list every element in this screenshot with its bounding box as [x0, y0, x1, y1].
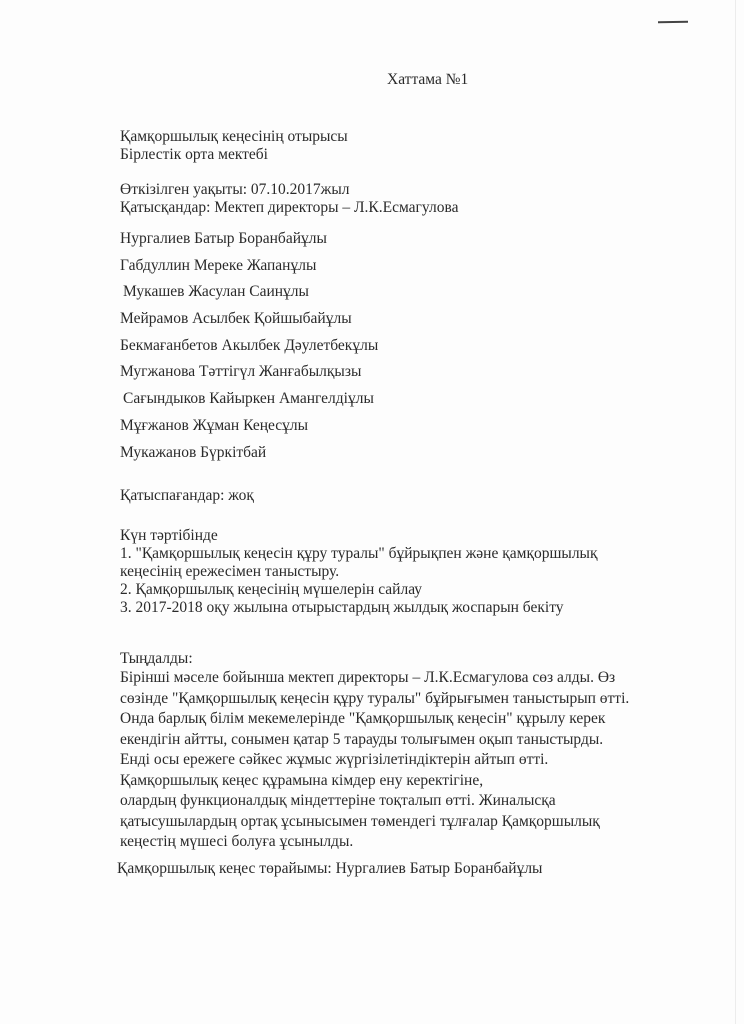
participant: Нургалиев Батыр Боранбайұлы — [120, 230, 378, 257]
document-title: Хаттама №1 — [387, 71, 468, 89]
absent-note: Қатыспағандар: жоқ — [120, 487, 254, 505]
scan-mark — [658, 21, 688, 24]
participant: Мугжанова Тәттігүл Жанғабылқызы — [120, 363, 378, 390]
heard-section: Тыңдалды: Бірінші мәселе бойынша мектеп … — [120, 650, 629, 853]
heard-heading: Тыңдалды: — [120, 650, 629, 668]
participant: Бекмағанбетов Акылбек Дәулетбекұлы — [120, 337, 378, 364]
header-line-school: Бірлестік орта мектебі — [120, 146, 348, 164]
paragraph-line: Онда барлық білім мекемелерінде "Қамқорш… — [120, 709, 629, 730]
participant: Габдуллин Мереке Жапанұлы — [120, 257, 378, 284]
participant: Мукажанов Бүркітбай — [120, 444, 378, 471]
participant: Мейрамов Асылбек Қойшыбайұлы — [120, 310, 378, 337]
scanned-document-page: Хаттама №1 Қамқоршылық кеңесінің отырысы… — [0, 0, 744, 1024]
paragraph-line: қатысушылардың ортақ ұсынысымен төмендег… — [120, 812, 629, 833]
header-line-meeting: Қамқоршылық кеңесінің отырысы — [120, 128, 348, 146]
paragraph-line: Қамқоршылық кеңес құрамына кімдер ену ке… — [120, 771, 629, 792]
participant: Мұғжанов Жұман Кеңесұлы — [120, 417, 378, 444]
agenda-item: 3. 2017-2018 оқу жылына отырыстардың жыл… — [120, 599, 598, 617]
participants-list: Нургалиев Батыр Боранбайұлы Габдуллин Ме… — [120, 230, 378, 470]
participants-label: Қатысқандар: Мектеп директоры – Л.К.Есма… — [120, 199, 458, 217]
meeting-meta: Өткізілген уақыты: 07.10.2017жыл Қатысқа… — [120, 181, 458, 217]
agenda-heading: Күн тәртібінде — [120, 527, 598, 545]
paragraph-line: Бірінші мәселе бойынша мектеп директоры … — [120, 668, 629, 689]
paragraph-line: сөзінде "Қамқоршылық кеңесін құру туралы… — [120, 689, 629, 710]
heard-paragraph: Бірінші мәселе бойынша мектеп директоры … — [120, 668, 629, 853]
paragraph-line: кеңестің мүшесі болуға ұсынылды. — [120, 832, 629, 853]
participant: Сағындыков Кайыркен Амангелдіұлы — [120, 390, 378, 417]
paragraph-line: екендігін айтты, сонымен қатар 5 тарауды… — [120, 730, 629, 751]
council-chair: Қамқоршылық кеңес төрайымы: Нургалиев Ба… — [117, 860, 542, 878]
agenda-section: Күн тәртібінде 1. "Қамқоршылық кеңесін қ… — [120, 527, 598, 617]
scan-edge-line — [735, 0, 736, 1024]
participant: Мукашев Жасулан Саинұлы — [120, 283, 378, 310]
paragraph-line: олардың функционалдық міндеттеріне тоқта… — [120, 791, 629, 812]
agenda-item: кеңесінің ережесімен таныстыру. — [120, 563, 598, 581]
held-date: Өткізілген уақыты: 07.10.2017жыл — [120, 181, 458, 199]
agenda-item: 1. "Қамқоршылық кеңесін құру туралы" бұй… — [120, 545, 598, 563]
document-header: Қамқоршылық кеңесінің отырысы Бірлестік … — [120, 128, 348, 164]
agenda-item: 2. Қамқоршылық кеңесінің мүшелерін сайла… — [120, 581, 598, 599]
absent-text: Қатыспағандар: жоқ — [120, 487, 254, 505]
paragraph-line: Енді осы ережеге сәйкес жұмыс жүргізілет… — [120, 750, 629, 771]
